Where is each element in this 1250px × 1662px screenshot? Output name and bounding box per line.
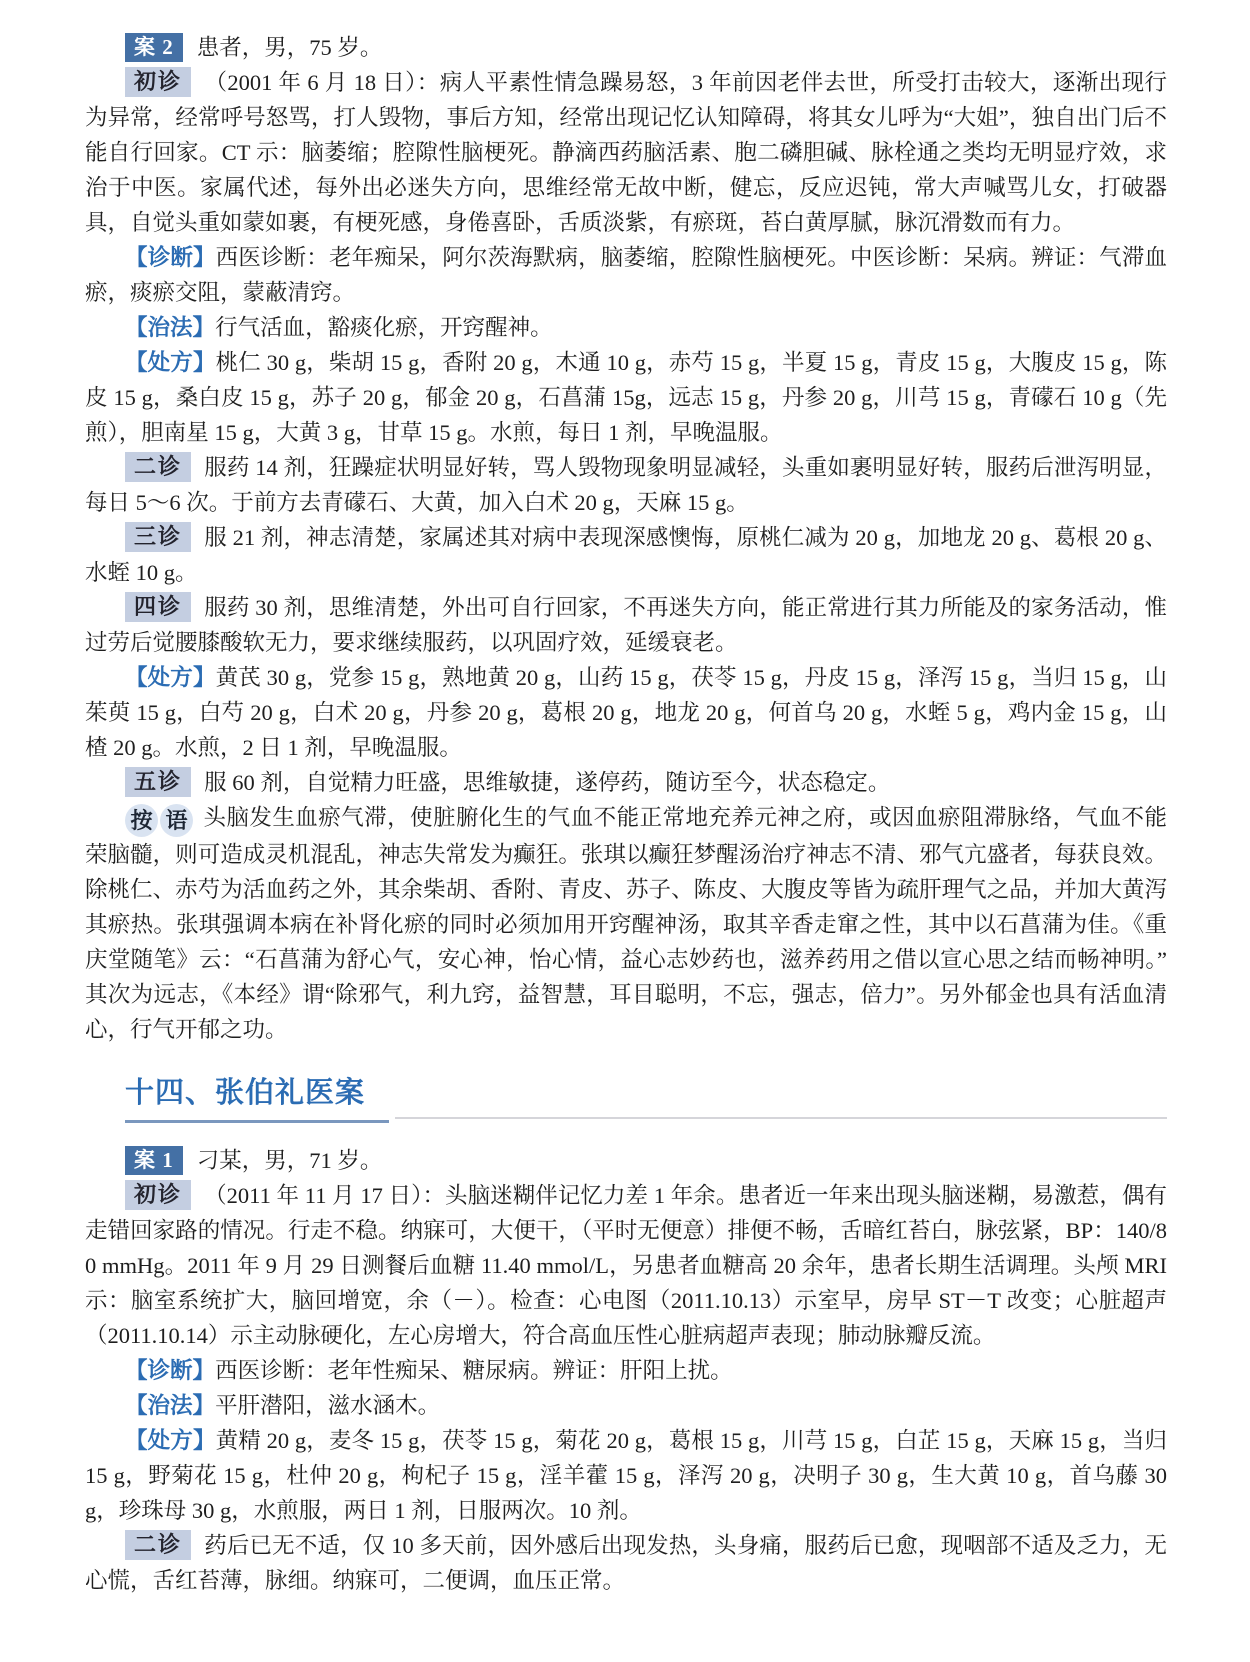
book-page: 案 2患者，男，75 岁。 初诊（2001 年 6 月 18 日）：病人平素性情… <box>0 0 1250 1662</box>
case1-treatment-paragraph: 【治法】平肝潜阳，滋水涵木。 <box>85 1388 1167 1423</box>
annotation-badge-char: 按 <box>125 804 158 837</box>
annotation-badge-char: 语 <box>160 804 193 837</box>
paragraph-text: （2011 年 11 月 17 日）：头脑迷糊伴记忆力差 1 年余。患者近一年来… <box>85 1183 1167 1348</box>
case1-first-visit-paragraph: 初诊（2011 年 11 月 17 日）：头脑迷糊伴记忆力差 1 年余。患者近一… <box>85 1178 1167 1353</box>
case1-title-paragraph: 案 1刁某，男，71 岁。 <box>85 1143 1167 1178</box>
section-title: 十四、张伯礼医案 <box>125 1075 389 1123</box>
case2-first-visit-paragraph: 初诊（2001 年 6 月 18 日）：病人平素性情急躁易怒，3 年前因老伴去世… <box>85 65 1167 240</box>
paragraph-text: 服药 30 剂，思维清楚，外出可自行回家，不再迷失方向，能正常进行其力所能及的家… <box>85 595 1167 655</box>
heading-rule-line <box>395 1117 1167 1119</box>
annotation-badge: 按语 <box>125 800 195 837</box>
case1-prescription-paragraph: 【处方】黄精 20 g，麦冬 15 g，茯苓 15 g，菊花 20 g，葛根 1… <box>85 1423 1167 1528</box>
case-number-badge: 案 2 <box>125 33 183 62</box>
case2-prescription2-paragraph: 【处方】黄芪 30 g，党参 15 g，熟地黄 20 g，山药 15 g，茯苓 … <box>85 660 1167 765</box>
paragraph-text: 刁某，男，71 岁。 <box>197 1148 383 1173</box>
diagnosis-label: 【诊断】 <box>125 1358 215 1383</box>
prescription-label: 【处方】 <box>125 1428 216 1453</box>
paragraph-text: 西医诊断：老年痴呆，阿尔茨海默病，脑萎缩，腔隙性脑梗死。中医诊断：呆病。辨证：气… <box>85 245 1167 305</box>
prescription-label: 【处方】 <box>125 350 216 375</box>
case-number-badge: 案 1 <box>125 1146 183 1175</box>
case2-diagnosis-paragraph: 【诊断】西医诊断：老年痴呆，阿尔茨海默病，脑萎缩，腔隙性脑梗死。中医诊断：呆病。… <box>85 240 1167 310</box>
paragraph-text: 黄精 20 g，麦冬 15 g，茯苓 15 g，菊花 20 g，葛根 15 g，… <box>85 1428 1167 1523</box>
paragraph-text: 服 21 剂，神志清楚，家属述其对病中表现深感懊悔，原桃仁减为 20 g，加地龙… <box>85 525 1167 585</box>
case1-second-visit-paragraph: 二诊药后已无不适，仅 10 多天前，因外感后出现发热，头身痛，服药后已愈，现咽部… <box>85 1528 1167 1598</box>
paragraph-text: 行气活血，豁痰化瘀，开窍醒神。 <box>215 315 553 340</box>
paragraph-text: 服 60 剂，自觉精力旺盛，思维敏捷，遂停药，随访至今，状态稳定。 <box>204 770 890 795</box>
paragraph-text: 西医诊断：老年性痴呆、糖尿病。辨证：肝阳上扰。 <box>215 1358 733 1383</box>
treatment-label: 【治法】 <box>125 1393 215 1418</box>
visit-badge: 初诊 <box>125 67 191 97</box>
case2-third-visit-paragraph: 三诊服 21 剂，神志清楚，家属述其对病中表现深感懊悔，原桃仁减为 20 g，加… <box>85 520 1167 590</box>
paragraph-text: 患者，男，75 岁。 <box>197 35 383 60</box>
paragraph-text: 服药 14 剂，狂躁症状明显好转，骂人毁物现象明显减轻，头重如裹明显好转，服药后… <box>85 455 1167 515</box>
case2-treatment-paragraph: 【治法】行气活血，豁痰化瘀，开窍醒神。 <box>85 310 1167 345</box>
paragraph-text: 桃仁 30 g，柴胡 15 g，香附 20 g，木通 10 g，赤芍 15 g，… <box>85 350 1167 445</box>
visit-badge: 初诊 <box>125 1180 191 1210</box>
visit-badge: 三诊 <box>125 522 191 552</box>
case2-annotation-paragraph: 按语头脑发生血瘀气滞，使脏腑化生的气血不能正常地充养元神之府，或因血瘀阻滞脉络，… <box>85 800 1167 1047</box>
visit-badge: 二诊 <box>125 452 191 482</box>
visit-badge: 四诊 <box>125 592 191 622</box>
paragraph-text: （2001 年 6 月 18 日）：病人平素性情急躁易怒，3 年前因老伴去世，所… <box>85 70 1167 235</box>
case2-second-visit-paragraph: 二诊服药 14 剂，狂躁症状明显好转，骂人毁物现象明显减轻，头重如裹明显好转，服… <box>85 450 1167 520</box>
paragraph-text: 黄芪 30 g，党参 15 g，熟地黄 20 g，山药 15 g，茯苓 15 g… <box>85 665 1167 760</box>
case2-title-paragraph: 案 2患者，男，75 岁。 <box>85 30 1167 65</box>
case2-fourth-visit-paragraph: 四诊服药 30 剂，思维清楚，外出可自行回家，不再迷失方向，能正常进行其力所能及… <box>85 590 1167 660</box>
paragraph-text: 平肝潜阳，滋水涵木。 <box>215 1393 440 1418</box>
treatment-label: 【治法】 <box>125 315 215 340</box>
case2-prescription-paragraph: 【处方】桃仁 30 g，柴胡 15 g，香附 20 g，木通 10 g，赤芍 1… <box>85 345 1167 450</box>
paragraph-text: 药后已无不适，仅 10 多天前，因外感后出现发热，头身痛，服药后已愈，现咽部不适… <box>85 1533 1167 1593</box>
case1-diagnosis-paragraph: 【诊断】西医诊断：老年性痴呆、糖尿病。辨证：肝阳上扰。 <box>85 1353 1167 1388</box>
paragraph-text: 头脑发生血瘀气滞，使脏腑化生的气血不能正常地充养元神之府，或因血瘀阻滞脉络，气血… <box>85 805 1167 1042</box>
visit-badge: 二诊 <box>125 1530 191 1560</box>
section-heading: 十四、张伯礼医案 <box>125 1075 1167 1123</box>
prescription-label: 【处方】 <box>125 665 216 690</box>
visit-badge: 五诊 <box>125 767 191 797</box>
diagnosis-label: 【诊断】 <box>125 245 216 270</box>
case2-fifth-visit-paragraph: 五诊服 60 剂，自觉精力旺盛，思维敏捷，遂停药，随访至今，状态稳定。 <box>85 765 1167 800</box>
